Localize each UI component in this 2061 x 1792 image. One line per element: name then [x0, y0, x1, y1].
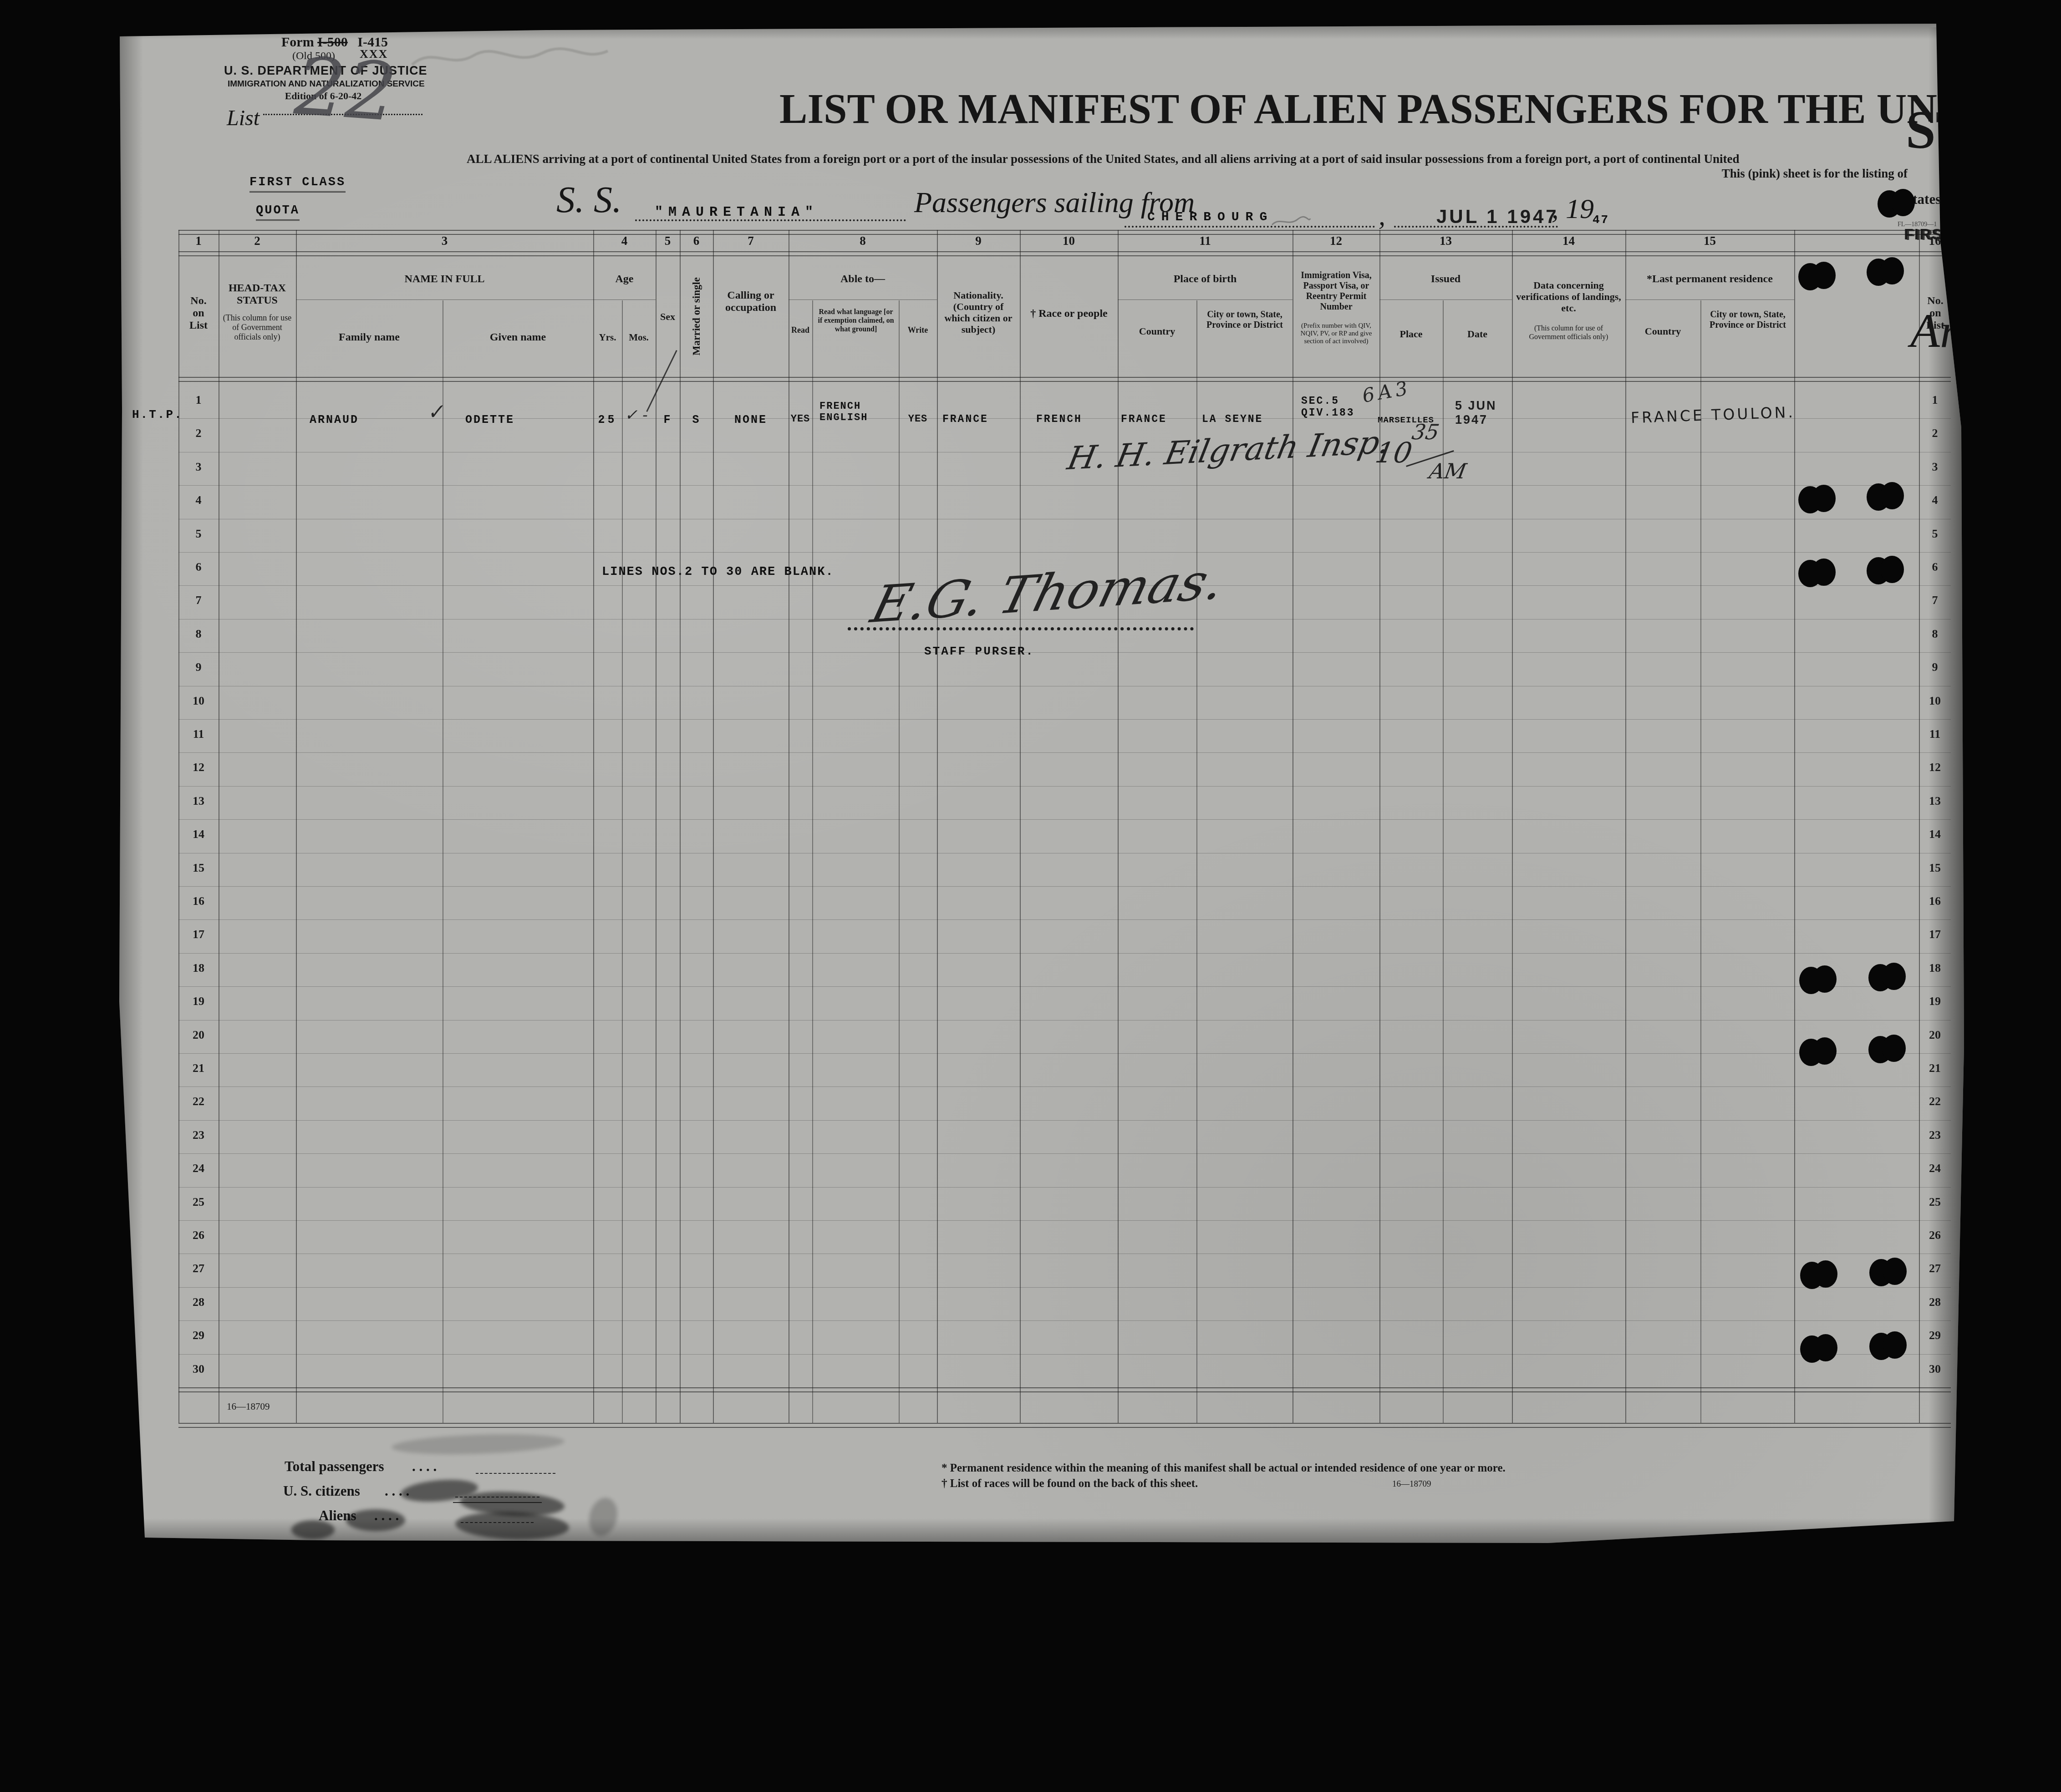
us-citizens-label: U. S. citizens [283, 1483, 360, 1499]
ink-smudge [291, 1520, 335, 1539]
date-line1: 5 JUN [1455, 399, 1497, 413]
row-number-right: 22 [1921, 1095, 1949, 1108]
inspection-time-min: 35 [1410, 420, 1441, 444]
col15-country-header: Country [1625, 325, 1700, 337]
row-number-left: 23 [180, 1128, 217, 1142]
table-column-rule [1625, 230, 1626, 1423]
row-number-left: 1 [180, 393, 217, 407]
cell-sex: F [656, 413, 680, 426]
col13-date-header: Date [1443, 328, 1512, 340]
table-column-rule [656, 230, 656, 1423]
row-number-right: 20 [1921, 1028, 1949, 1042]
row-number-left: 22 [180, 1095, 217, 1108]
group-header-rule [296, 300, 593, 300]
cell-age-mos: ✓ - [625, 406, 648, 424]
row-number-left: 13 [180, 794, 217, 808]
table-column-rule [1794, 230, 1795, 1423]
row-number-right: 18 [1921, 961, 1949, 975]
col15-header: *Last permanent residence [1625, 273, 1794, 285]
cell-birth-city: LA SEYNE [1202, 413, 1263, 425]
row-number-left: 2 [180, 426, 217, 440]
col14-number: 14 [1512, 234, 1625, 248]
sailing-date-stamp: JUL 1 1947 [1436, 206, 1559, 228]
table-row-rule [178, 919, 1951, 920]
row-number-right: 24 [1921, 1162, 1949, 1175]
total-passengers-label: Total passengers [285, 1458, 384, 1475]
row-number-right: 6 [1921, 560, 1949, 574]
row-number-right: 17 [1921, 928, 1949, 941]
table-double-rule [178, 251, 1951, 256]
table-subcolumn-rule [899, 300, 900, 1423]
table-row-rule [178, 686, 1951, 686]
ink-smudge [391, 1432, 565, 1457]
row-number-right: 7 [1921, 594, 1949, 607]
table-column-rule [593, 230, 594, 1423]
col12-number: 12 [1293, 234, 1379, 248]
col12-subheader: (Prefix number with QIV, NQIV, PV, or RP… [1297, 322, 1376, 345]
hole-punch [1800, 1335, 1824, 1363]
language-line2: ENGLISH [819, 412, 868, 423]
col4-mos-header: Mos. [622, 331, 656, 344]
table-column-rule [296, 230, 297, 1423]
table-column-rule [1118, 230, 1119, 1423]
hole-punch [1799, 967, 1823, 994]
cell-read: YES [787, 413, 814, 425]
cell-write: YES [899, 413, 937, 425]
col8-header: Able to— [789, 273, 937, 285]
row-number-right: 15 [1921, 861, 1949, 875]
table-row-rule [178, 585, 1951, 586]
row-number-left: 20 [180, 1028, 217, 1042]
col15-city-header: City or town, State, Province or Distric… [1704, 310, 1792, 330]
hole-punch [1800, 1262, 1824, 1289]
top-edge-shadow [119, 24, 1940, 39]
table-double-rule [178, 230, 1951, 235]
row-number-left: 15 [180, 861, 217, 875]
col3-given-header: Given name [443, 331, 593, 344]
col4-header: Age [593, 273, 656, 285]
page-title: LIST OR MANIFEST OF ALIEN PASSENGERS FOR… [779, 85, 1875, 133]
row-number-left: 7 [180, 594, 217, 607]
row-number-left: 27 [180, 1262, 217, 1275]
group-header-rule [1118, 300, 1293, 300]
table-row-rule [178, 552, 1951, 553]
table-row-rule [178, 853, 1951, 853]
table-row-rule [178, 519, 1951, 519]
class-label: FIRST CLASS [249, 176, 346, 193]
row-number-right: 8 [1921, 627, 1949, 641]
col13-number: 13 [1379, 234, 1512, 248]
ship-name: "MAURETANIA" [655, 205, 819, 220]
hole-punch [1798, 263, 1822, 290]
year-typed: 47 [1593, 213, 1609, 227]
table-row-rule [178, 1086, 1951, 1087]
row-number-right: 9 [1921, 660, 1949, 674]
table-row-rule [178, 752, 1951, 753]
col1-number: 1 [178, 234, 219, 248]
hole-punch [1867, 557, 1890, 584]
col8-language-header: Read what language [or if exemption clai… [816, 308, 896, 334]
inspection-time-ampm: AM [1427, 459, 1468, 483]
col13-place-header: Place [1379, 328, 1443, 340]
list-label: List [227, 106, 260, 131]
col5-header: Sex [656, 310, 680, 323]
col3-family-header: Family name [296, 331, 443, 344]
row-number-left: 19 [180, 995, 217, 1008]
comma-1: , [1379, 200, 1385, 232]
col2-subheader: (This column for use of Government offic… [222, 313, 292, 342]
row-number-right: 13 [1921, 794, 1949, 808]
purser-title: STAFF PURSER. [924, 645, 1034, 658]
row-number-left: 6 [180, 560, 217, 574]
row-number-right: 4 [1921, 493, 1949, 507]
table-column-rule [1020, 230, 1021, 1423]
footer-print-code: 16—18709 [1392, 1479, 1431, 1489]
row-number-right: 30 [1921, 1362, 1949, 1376]
cell-race: FRENCH [1036, 413, 1082, 425]
cell-given-name: ODETTE [465, 413, 514, 426]
left-edge-shadow [119, 27, 143, 1538]
table-column-rule [219, 230, 219, 1423]
cell-read-language: FRENCH ENGLISH [819, 401, 868, 423]
col11-city-header: City or town, State, Province or Distric… [1200, 310, 1289, 330]
table-row-rule [178, 986, 1951, 987]
fragment-big-text: ST [1906, 99, 1971, 161]
hole-punch [1798, 560, 1822, 587]
row-number-left: 29 [180, 1329, 217, 1342]
table-double-rule [178, 1423, 1951, 1428]
table-column-rule [1379, 230, 1380, 1423]
ink-smudge [455, 1510, 570, 1542]
hole-punch [1867, 483, 1890, 511]
table-subcolumn-rule [1196, 300, 1197, 1423]
table-row-rule [178, 886, 1951, 887]
row-number-right: 14 [1921, 827, 1949, 841]
col15-number: 15 [1625, 234, 1794, 248]
cell-married-single: S [680, 413, 713, 426]
port-name: CHERBOURG [1147, 210, 1273, 224]
row-number-right: 12 [1921, 761, 1949, 774]
total-passengers-line [476, 1473, 555, 1474]
table-row-rule [178, 1287, 1951, 1288]
row-number-left: 4 [180, 493, 217, 507]
hole-punch [1869, 1259, 1893, 1286]
row-number-left: 24 [180, 1162, 217, 1175]
inspector-signature: H. H. Eilgrath Insp. [1064, 423, 1393, 477]
total-passengers-dots: . . . . [412, 1458, 437, 1475]
table-row-rule [178, 1254, 1951, 1254]
cell-age-yrs: 25 [593, 413, 622, 426]
table-column-rule [178, 230, 179, 1423]
subtitle-line1: ALL ALIENS arriving at a port of contine… [467, 152, 1740, 166]
hole-punch [1878, 190, 1901, 218]
row-number-left: 25 [180, 1195, 217, 1209]
row-number-right: 11 [1921, 727, 1949, 741]
blank-lines-note: LINES NOS.2 TO 30 ARE BLANK. [602, 565, 834, 579]
hole-punch [1869, 1333, 1893, 1360]
row-number-right: 27 [1921, 1262, 1949, 1275]
col1-header: No. on List [184, 295, 213, 332]
col11-country-header: Country [1118, 325, 1196, 337]
col6-header: Married or single [681, 255, 712, 378]
col2-number: 2 [219, 234, 296, 248]
table-row-rule [178, 1187, 1951, 1188]
language-line1: FRENCH [819, 401, 868, 412]
row-number-right: 2 [1921, 426, 1949, 440]
row-number-right: 28 [1921, 1295, 1949, 1309]
row-number-left: 10 [180, 694, 217, 708]
table-row-rule [178, 1053, 1951, 1054]
col3-header: NAME IN FULL [296, 273, 593, 285]
row-number-left: 3 [180, 460, 217, 474]
row-number-left: 30 [180, 1362, 217, 1376]
row-number-left: 14 [180, 827, 217, 841]
footnote-races: † List of races will be found on the bac… [941, 1477, 1198, 1490]
col4-yrs-header: Yrs. [593, 331, 622, 344]
group-header-rule [593, 300, 656, 300]
col4-number: 4 [593, 234, 656, 248]
table-column-rule [1512, 230, 1513, 1423]
port-scribble [1270, 214, 1311, 229]
cell-residence-handwritten: FRANCE TOULON. [1630, 403, 1795, 427]
table-row-rule [178, 485, 1951, 486]
hole-punch [1799, 1039, 1823, 1066]
table-row-rule [178, 953, 1951, 954]
col3-number: 3 [296, 234, 593, 248]
cell-birth-country: FRANCE [1121, 413, 1167, 425]
table-row-rule [178, 1153, 1951, 1154]
col14-header: Data concerning verifications of landing… [1516, 279, 1621, 314]
table-row-rule [178, 619, 1951, 619]
col8-write-header: Write [899, 324, 937, 336]
col7-header: Calling or occupation [718, 289, 784, 314]
row-number-right: 5 [1921, 527, 1949, 541]
table-row-rule [178, 1354, 1951, 1355]
row-number-left: 18 [180, 961, 217, 975]
row-number-right: 1 [1921, 393, 1949, 407]
visa-line2: QIV.183 [1301, 407, 1355, 419]
table-row-rule [178, 452, 1951, 452]
fragment-arriving-text: Arr [1910, 303, 1977, 359]
table-row-rule [178, 418, 1951, 419]
hole-punch [1867, 259, 1890, 286]
row-number-left: 8 [180, 627, 217, 641]
row-number-left: 9 [180, 660, 217, 674]
table-row-rule [178, 719, 1951, 720]
row-number-right: 10 [1921, 694, 1949, 708]
table-column-rule [713, 230, 714, 1423]
col13-header: Issued [1379, 273, 1512, 285]
row-number-left: 11 [180, 727, 217, 741]
table-column-rule [937, 230, 938, 1423]
row-number-left: 28 [180, 1295, 217, 1309]
ink-smudge [346, 1509, 405, 1531]
col2-header: HEAD-TAX STATUS [220, 282, 294, 307]
col11-number: 11 [1118, 234, 1293, 248]
table-double-rule [178, 1387, 1951, 1392]
row-number-right: 3 [1921, 460, 1949, 474]
col8-number: 8 [789, 234, 937, 248]
table-double-rule [178, 377, 1951, 382]
group-header-rule [1379, 300, 1512, 300]
subtitle-line2: This (pink) sheet is for the listing of [1502, 167, 1908, 181]
col10-number: 10 [1020, 234, 1118, 248]
purser-signature: E.G. Thomas. [865, 552, 1231, 635]
quota-label: QUOTA [256, 204, 300, 221]
list-number-handwritten: 22 [292, 40, 399, 139]
col5-number: 5 [656, 234, 680, 248]
date-line2: 1947 [1455, 413, 1497, 427]
pencil-scribble [410, 42, 610, 78]
visa-line1: SEC.5 [1301, 395, 1355, 407]
col9-number: 9 [937, 234, 1020, 248]
cell-issued-date: 5 JUN 1947 [1455, 399, 1497, 427]
col7-number: 7 [713, 234, 789, 248]
table-row-rule [178, 1320, 1951, 1321]
cell-calling: NONE [713, 413, 789, 426]
table-column-rule [1293, 230, 1293, 1423]
scanned-manifest-page: Form I-500 I-415 (Old 500) XXX U. S. DEP… [0, 0, 2061, 1792]
row-number-left: 26 [180, 1229, 217, 1242]
ink-smudge [585, 1495, 621, 1539]
row-number-left: 16 [180, 894, 217, 908]
ss-label: S. S. [556, 178, 622, 221]
hole-punch [1868, 964, 1892, 991]
table-row-rule [178, 1020, 1951, 1020]
row-number-right: 19 [1921, 995, 1949, 1008]
row-number-right: 29 [1921, 1329, 1949, 1342]
row-number-right: 26 [1921, 1229, 1949, 1242]
table-column-rule [680, 230, 681, 1423]
table-column-rule [789, 230, 789, 1423]
table-subcolumn-rule [443, 300, 443, 1423]
year-printed: , 19 [1552, 193, 1594, 225]
row-number-right: 25 [1921, 1195, 1949, 1209]
row-number-left: 21 [180, 1061, 217, 1075]
signature-dotted-line [848, 627, 1194, 630]
row-number-left: 12 [180, 761, 217, 774]
row-number-left: 5 [180, 527, 217, 541]
row-number-right: 16 [1921, 894, 1949, 908]
hole-punch [1798, 486, 1822, 513]
table-subcolumn-rule [1700, 300, 1701, 1423]
row-number-right: 23 [1921, 1128, 1949, 1142]
table-subcolumn-rule [622, 300, 623, 1423]
cell-nationality: FRANCE [942, 413, 988, 425]
col9-header: Nationality. (Country of which citizen o… [941, 289, 1016, 335]
manifest-sheet: Form I-500 I-415 (Old 500) XXX U. S. DEP… [0, 0, 2061, 1792]
col11-header: Place of birth [1118, 273, 1293, 285]
table-subcolumn-rule [812, 300, 813, 1423]
table-print-code: 16—18709 [227, 1401, 270, 1412]
footnote-residence: * Permanent residence within the meaning… [941, 1462, 1506, 1475]
col12-header: Immigration Visa, Passport Visa, or Reen… [1296, 270, 1377, 312]
margin-headtax-mark: H.T.P. [132, 408, 183, 421]
col10-header: † Race or people [1023, 308, 1114, 320]
row-number-left: 17 [180, 928, 217, 941]
table-row-rule [178, 786, 1951, 787]
cell-visa: SEC.5 QIV.183 [1301, 395, 1355, 419]
cell-family-name: ARNAUD [310, 413, 359, 426]
hole-punch [1868, 1036, 1892, 1063]
table-column-rule [1919, 230, 1920, 1423]
table-row-rule [178, 1220, 1951, 1221]
group-header-rule [789, 300, 937, 300]
table-row-rule [178, 819, 1951, 820]
row-number-right: 21 [1921, 1061, 1949, 1075]
table-row-rule [178, 652, 1951, 653]
port-dotted-line [1125, 226, 1375, 228]
col8-read-header: Read [789, 324, 812, 336]
group-header-rule [1625, 300, 1794, 300]
col14-subheader: (This column for use of Government offic… [1519, 324, 1618, 341]
table-subcolumn-rule [1443, 300, 1444, 1423]
table-row-rule [178, 1120, 1951, 1121]
col6-number: 6 [680, 234, 713, 248]
